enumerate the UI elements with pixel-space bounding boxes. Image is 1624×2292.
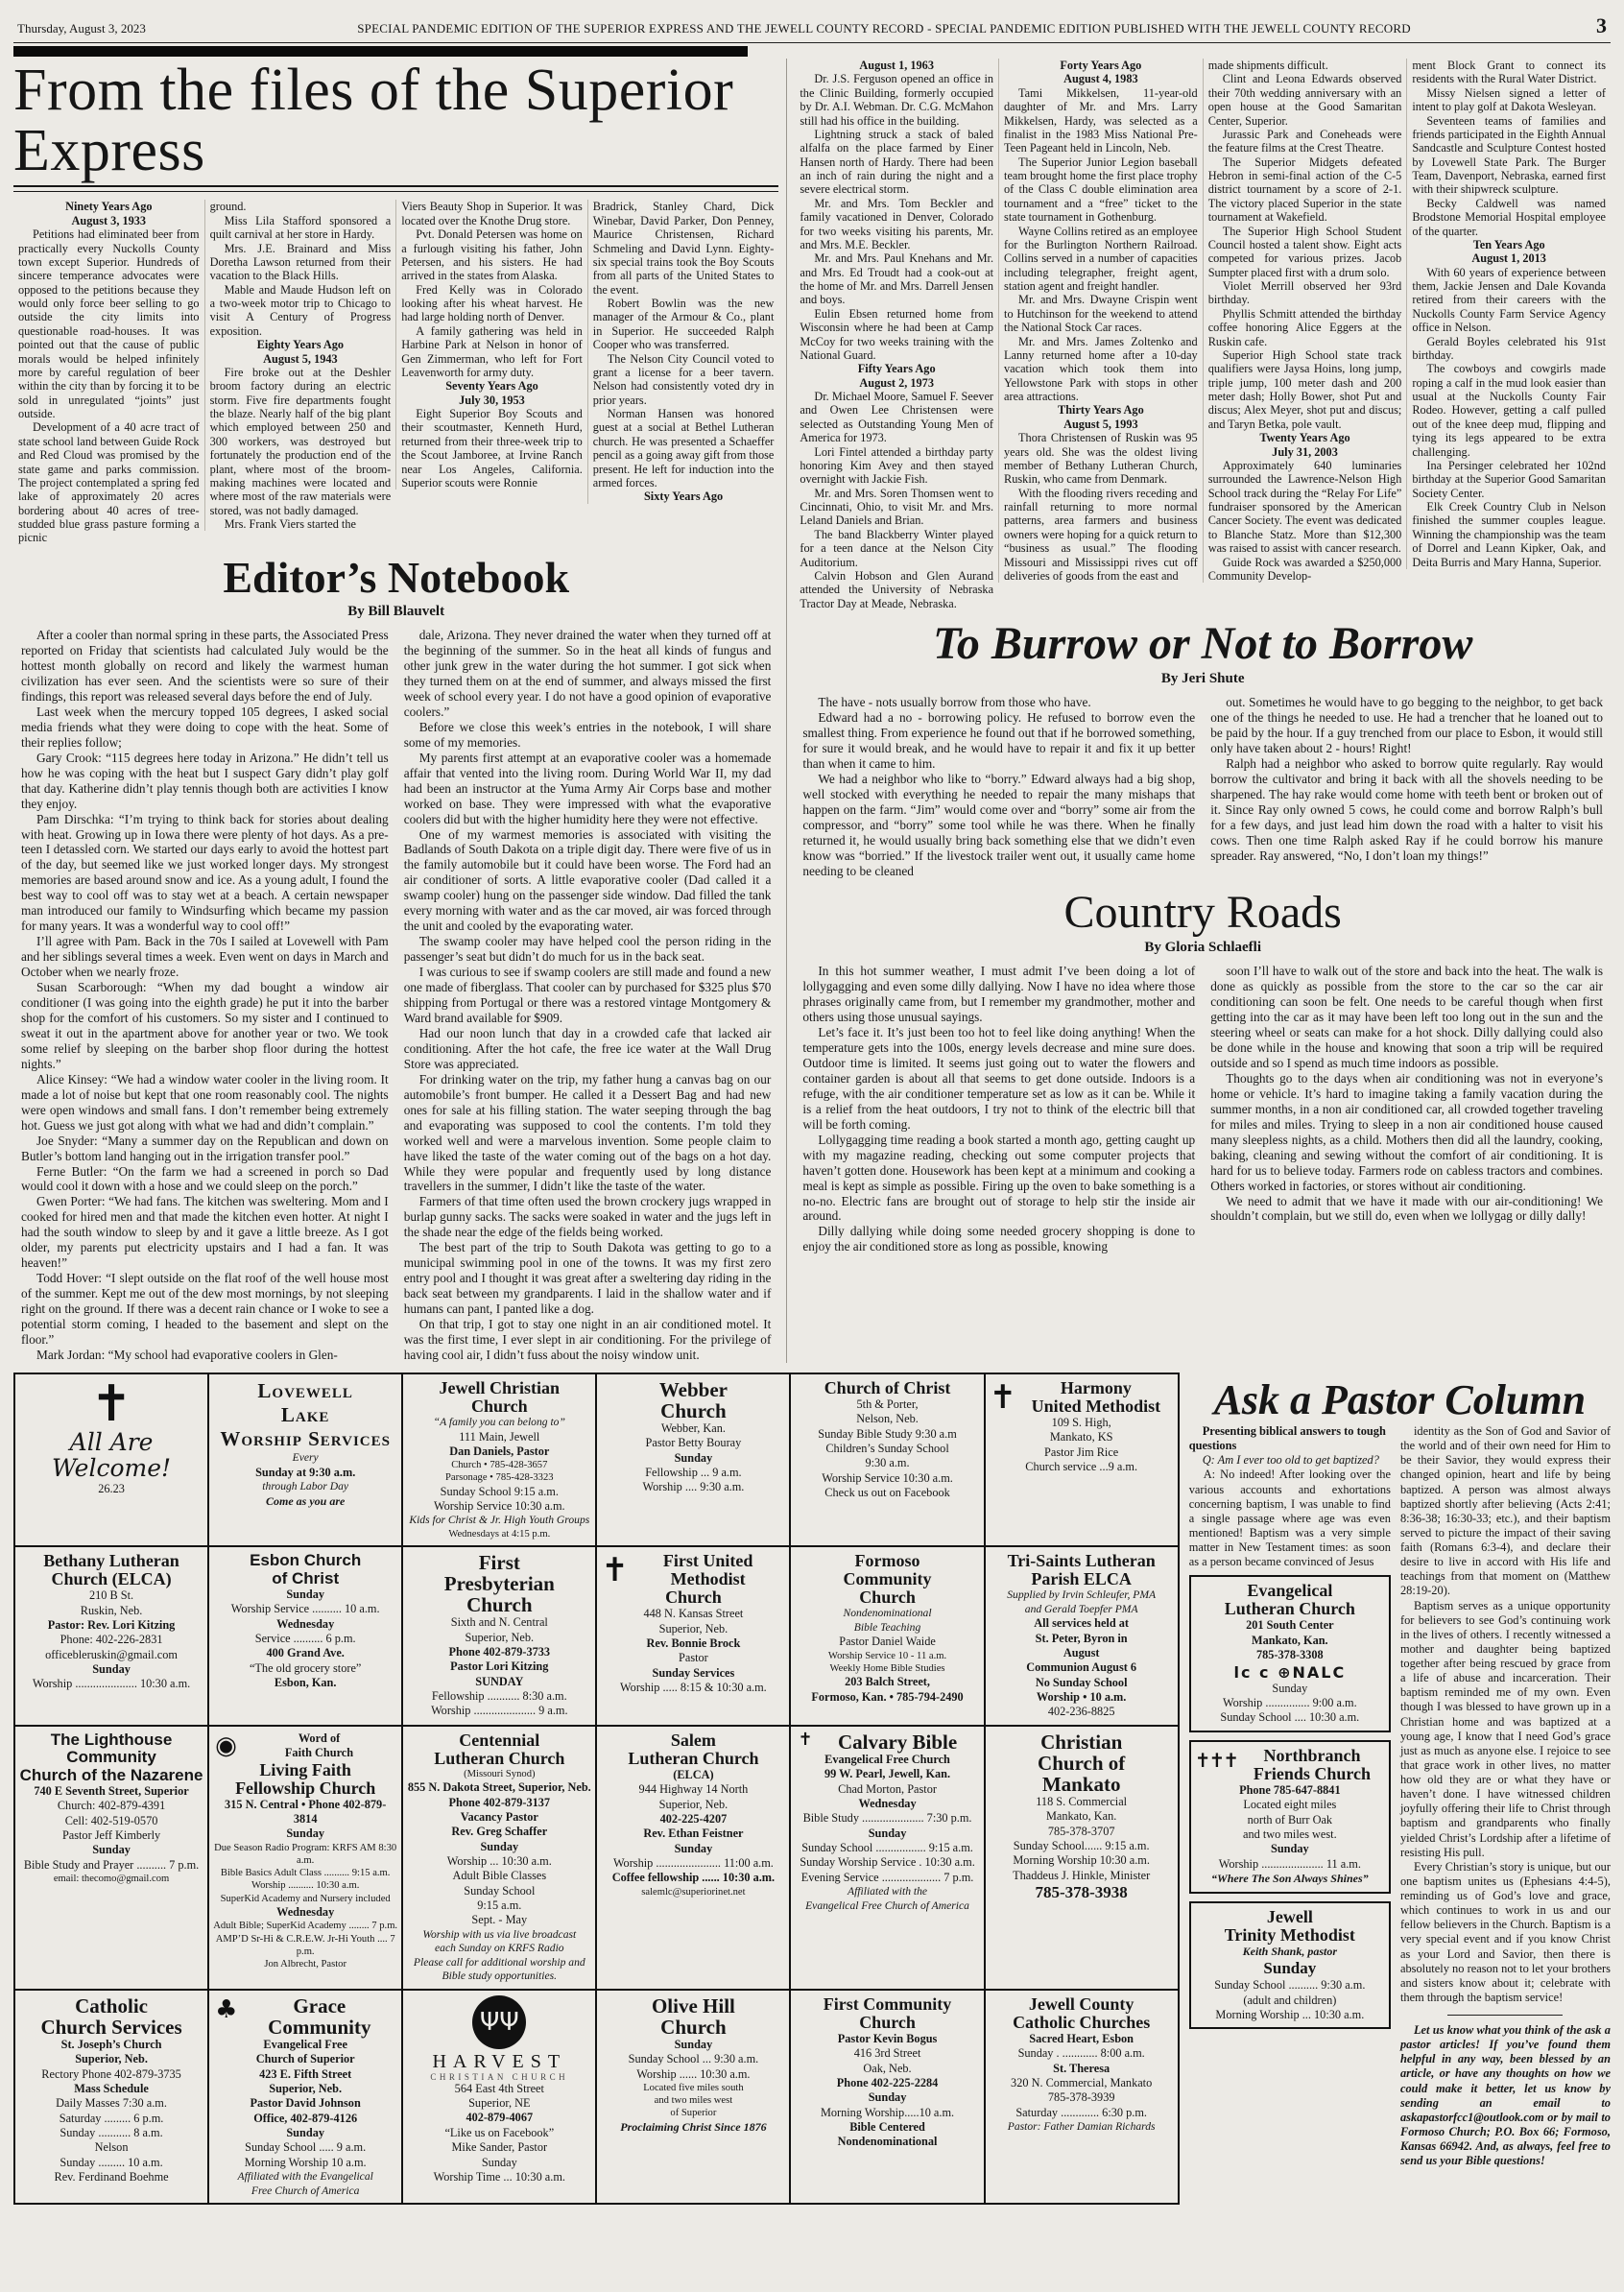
ad-line: Presbyterian xyxy=(407,1573,591,1594)
formoso-community-church-ad: FormosoCommunityChurchNondenominationalB… xyxy=(791,1547,983,1725)
ad-line: All Are Welcome! xyxy=(19,1429,203,1482)
ad-line: Vacancy Pastor xyxy=(407,1810,591,1825)
text-line: Superior High School state track qualifi… xyxy=(1208,348,1402,431)
ad-line: Superior, NE xyxy=(407,2096,591,2111)
ad-line: St. Theresa xyxy=(990,2062,1174,2076)
ad-line: Worship Service .......... 10 a.m. xyxy=(213,1602,397,1616)
burrow-section: To Burrow or Not to Borrow By Jeri Shute xyxy=(795,620,1611,687)
headline-rule xyxy=(13,185,778,192)
ad-line: Church xyxy=(795,2014,979,2032)
umc-cross-flame-icon: ✝ xyxy=(990,1381,1017,1414)
ad-line: Sunday xyxy=(19,1662,203,1677)
ad-line: 416 3rd Street xyxy=(795,2046,979,2061)
paragraph: For drinking water on the trip, my fathe… xyxy=(404,1072,772,1195)
ad-line: Sunday xyxy=(601,1842,785,1856)
subhead: Thirty Years Ago xyxy=(1004,403,1198,417)
esbon-church-of-christ-ad: Esbon Churchof ChristSundayWorship Servi… xyxy=(209,1547,401,1725)
files-column-6: Forty Years AgoAugust 4, 1983Tami Mikkel… xyxy=(998,59,1203,583)
ad-line: Sunday xyxy=(1195,1682,1385,1696)
ask-a-pastor-intro: Presenting biblical answers to tough que… xyxy=(1189,1424,1391,1569)
centennial-lutheran-church-ad: CentennialLutheran Church(Missouri Synod… xyxy=(403,1727,595,1989)
ad-line: Nelson, Neb. xyxy=(795,1412,979,1426)
ad-line: Phone 402-879-3733 xyxy=(407,1645,591,1659)
ad-line: Mass Schedule xyxy=(19,2082,203,2096)
ad-line: Sunday School .......... 9:30 a.m. xyxy=(1195,1978,1385,1993)
ad-line: Church xyxy=(407,1397,591,1416)
jewell-county-catholic-ad: Jewell CountyCatholic ChurchesSacred Hea… xyxy=(986,1991,1178,2203)
country-roads-section: Country Roads By Gloria Schlaefli xyxy=(795,889,1611,956)
text-line: Tami Mikkelsen, 11-year-old daughter of … xyxy=(1004,86,1198,155)
ad-line: Worship ..................... 9 a.m. xyxy=(407,1704,591,1718)
paragraph: The have - nots usually borrow from thos… xyxy=(802,695,1195,710)
ad-line: 5th & Porter, xyxy=(795,1397,979,1412)
text-line: ment Block Grant to connect its resident… xyxy=(1412,59,1606,86)
text-line: Norman Hansen was honored guest at a soc… xyxy=(593,407,775,489)
ad-line: Wednesday xyxy=(213,1617,397,1632)
text-line: Mrs. J.E. Brainard and Miss Doretha Laws… xyxy=(210,242,392,283)
files-columns-5-8: August 1, 1963Dr. J.S. Ferguson opened a… xyxy=(795,59,1611,610)
ad-line: Sunday School 9:15 a.m. xyxy=(407,1485,591,1499)
umc-cross-flame-icon: ✝ xyxy=(601,1554,629,1587)
ad-line: Calvary Bible xyxy=(795,1731,979,1753)
subhead: August 4, 1983 xyxy=(1004,72,1198,85)
olive-hill-church-ad: Olive HillChurchSundaySunday School ... … xyxy=(597,1991,789,2203)
paragraph: Lollygagging time reading a book started… xyxy=(802,1133,1195,1225)
ad-line: Phone: 402-226-2831 xyxy=(19,1633,203,1647)
ad-line: Weekly Home Bible Studies xyxy=(795,1662,979,1675)
text-line: With the flooding rivers receding and ra… xyxy=(1004,487,1198,584)
ad-line: Church Services xyxy=(19,2017,203,2038)
ad-line: 448 N. Kansas Street xyxy=(601,1607,785,1621)
ad-line: Harmony xyxy=(990,1379,1174,1397)
ad-line: Evening Service .................... 7 p… xyxy=(795,1871,979,1885)
ad-line: Church (ELCA) xyxy=(19,1570,203,1588)
ad-line: 99 W. Pearl, Jewell, Kan. xyxy=(795,1767,979,1781)
ad-line: 785-378-3308 xyxy=(1195,1648,1385,1662)
ad-line: Communion August 6 xyxy=(990,1660,1174,1675)
ad-line: Sunday . ............ 8:00 a.m. xyxy=(990,2046,1174,2061)
ad-line: Bethany Lutheran xyxy=(19,1552,203,1570)
ad-line: Formoso, Kan. • 785-794-2490 xyxy=(795,1690,979,1705)
ad-line: Christian xyxy=(990,1731,1174,1753)
ad-line: The Lighthouse Community xyxy=(19,1731,203,1767)
ad-line: Sunday School ................. 9:15 a.m… xyxy=(795,1841,979,1855)
paragraph: On that trip, I got to stay one night in… xyxy=(404,1317,772,1363)
ad-line: Bible Teaching xyxy=(795,1621,979,1635)
ad-line: Jewell Christian xyxy=(407,1379,591,1397)
ad-line: Saturday ......... 6 p.m. xyxy=(19,2112,203,2126)
subhead: August 5, 1993 xyxy=(1004,418,1198,431)
paragraph: Dilly dallying while doing some needed g… xyxy=(802,1224,1195,1254)
wheat-icon: ΨΨ xyxy=(472,1995,526,2049)
ad-line: Worship Service 10:30 a.m. xyxy=(407,1499,591,1514)
tri-saints-lutheran-parish-ad: Tri-Saints LutheranParish ELCASupplied b… xyxy=(986,1547,1178,1725)
files-section-headline: From the files of the Superior Express xyxy=(13,60,778,181)
ad-line: Bible study opportunities. xyxy=(407,1970,591,1983)
ad-line: Morning Worship.....10 a.m. xyxy=(795,2106,979,2120)
ad-line: 402-236-8825 xyxy=(990,1705,1174,1719)
ad-line: Lovewell xyxy=(213,1379,397,1403)
masthead-edition-line: SPECIAL PANDEMIC EDITION OF THE SUPERIOR… xyxy=(219,21,1549,36)
paragraph: One of my warmest memories is associated… xyxy=(404,827,772,935)
ask-a-pastor-side-ads: EvangelicalLutheran Church201 South Cent… xyxy=(1189,1575,1391,2029)
paragraph: Baptism serves as a unique opportunity f… xyxy=(1400,1599,1611,1860)
ad-line: (ELCA) xyxy=(601,1768,785,1782)
text-line: Development of a 40 acre tract of state … xyxy=(18,420,200,544)
ad-line: CHRISTIAN CHURCH xyxy=(407,2072,591,2082)
burrow-column-2: out. Sometimes he would have to go beggi… xyxy=(1203,695,1611,863)
subhead: Ninety Years Ago xyxy=(18,200,200,213)
ad-line: St. Joseph’s Church xyxy=(19,2038,203,2052)
ad-line: Living Faith xyxy=(213,1761,397,1779)
ad-line: Trinity Methodist xyxy=(1195,1926,1385,1945)
text-line: Dr. J.S. Ferguson opened an office in th… xyxy=(800,72,993,128)
ad-line: Pastor Jim Rice xyxy=(990,1445,1174,1460)
text-line: With 60 years of experience between them… xyxy=(1412,266,1606,335)
subhead: August 1, 2013 xyxy=(1412,251,1606,265)
paragraph: dale, Arizona. They never drained the wa… xyxy=(404,628,772,720)
ad-line: Office, 402-879-4126 xyxy=(213,2112,397,2126)
ad-line: Rev. Ethan Feistner xyxy=(601,1826,785,1841)
ad-line: Nondenominational xyxy=(795,2135,979,2149)
ad-line: Sunday Bible Study 9:30 a.m xyxy=(795,1427,979,1442)
ad-line: SuperKid Academy and Nursery included xyxy=(213,1893,397,1905)
ad-line: Church of Superior xyxy=(213,2052,397,2066)
subhead: Forty Years Ago xyxy=(1004,59,1198,72)
burrow-byline: By Jeri Shute xyxy=(795,671,1611,687)
ad-line: Church of the Nazarene xyxy=(19,1767,203,1784)
newspaper-page: Thursday, August 3, 2023 SPECIAL PANDEMI… xyxy=(0,0,1624,2292)
ad-line: 402-879-4067 xyxy=(407,2111,591,2125)
ad-line: Lake xyxy=(213,1403,397,1427)
ask-a-pastor-column-2: identity as the Son of God and Savior of… xyxy=(1396,1424,1611,2168)
ad-line: 564 East 4th Street xyxy=(407,2082,591,2096)
ad-line: Worship Service 10 - 11 a.m. xyxy=(795,1650,979,1662)
text-line: Approximately 640 luminaries surrounded … xyxy=(1208,459,1402,556)
ad-line: Phone 402-225-2284 xyxy=(795,2076,979,2090)
ad-line: Mankato, Kan. xyxy=(990,1809,1174,1824)
ad-line: Church of xyxy=(990,1753,1174,1774)
ad-line: Dan Daniels, Pastor xyxy=(407,1444,591,1459)
ad-line: St. Peter, Byron in xyxy=(990,1632,1174,1646)
lovewell-lake-ad: LovewellLakeWorship ServicesEverySunday … xyxy=(209,1374,401,1545)
ad-line: Mankato xyxy=(990,1774,1174,1795)
ad-line: Morning Worship 10 a.m. xyxy=(213,2156,397,2170)
text-line: Robert Bowlin was the new manager of the… xyxy=(593,297,775,352)
ask-a-pastor-answer: identity as the Son of God and Savior of… xyxy=(1400,1424,1611,2005)
ad-line: Sunday xyxy=(1195,1959,1385,1978)
ad-line: HARVEST xyxy=(407,2051,591,2072)
country-roads-column-1: In this hot summer weather, I must admit… xyxy=(795,964,1203,1254)
burrow-headline: To Burrow or Not to Borrow xyxy=(795,620,1611,668)
evangelical-lutheran-church-ad: EvangelicalLutheran Church201 South Cent… xyxy=(1189,1575,1391,1731)
ad-line: Evangelical Free Church of America xyxy=(795,1899,979,1913)
subhead: July 31, 2003 xyxy=(1208,445,1402,459)
ad-line: 111 Main, Jewell xyxy=(407,1430,591,1444)
ad-line: Lutheran Church xyxy=(1195,1600,1385,1618)
ad-line: Church service ...9 a.m. xyxy=(990,1460,1174,1474)
ad-line: (Missouri Synod) xyxy=(407,1768,591,1780)
ad-line: Come as you are xyxy=(213,1494,397,1510)
text-line: Fire broke out at the Deshler broom fact… xyxy=(210,366,392,517)
text-line: Violet Merrill observed her 93rd birthda… xyxy=(1208,279,1402,307)
lighthouse-nazarene-ad: The Lighthouse CommunityChurch of the Na… xyxy=(15,1727,207,1989)
text-line: Phyllis Schmitt attended the birthday co… xyxy=(1208,307,1402,348)
ad-line: 785-378-3938 xyxy=(990,1883,1174,1902)
files-column-5: August 1, 1963Dr. J.S. Ferguson opened a… xyxy=(795,59,998,610)
text-line: Guide Rock was awarded a $250,000 Commun… xyxy=(1208,556,1402,584)
ad-line: SUNDAY xyxy=(407,1675,591,1689)
ad-line: 740 E Seventh Street, Superior xyxy=(19,1784,203,1799)
christian-church-of-mankato-ad: ChristianChurch ofMankato118 S. Commerci… xyxy=(986,1727,1178,1989)
ad-line: Worship ............... 9:00 a.m. xyxy=(1195,1696,1385,1710)
paragraph: Joe Snyder: “Many a summer day on the Re… xyxy=(21,1134,389,1164)
country-roads-byline: By Gloria Schlaefli xyxy=(795,940,1611,956)
subhead: August 5, 1943 xyxy=(210,352,392,366)
ad-line: Parsonage • 785-428-3323 xyxy=(407,1471,591,1484)
text-line: Miss Lila Stafford sponsored a quilt car… xyxy=(210,214,392,242)
bottom-region: ✝All Are Welcome!26.23LovewellLakeWorshi… xyxy=(13,1373,1611,2205)
ad-line: Jewell County xyxy=(990,1995,1174,2014)
ad-line: Worship Time ... 10:30 a.m. xyxy=(407,2170,591,2185)
burrow-columns: The have - nots usually borrow from thos… xyxy=(795,695,1611,878)
efca-cross-icon: ✝ xyxy=(798,1731,812,1749)
ad-line: Sunday School ... 9:30 a.m. xyxy=(601,2052,785,2066)
first-united-methodist-church-ad: ✝First UnitedMethodistChurch448 N. Kansa… xyxy=(597,1547,789,1725)
ad-line: “The old grocery store” xyxy=(213,1661,397,1676)
catholic-church-services-ad: CatholicChurch ServicesSt. Joseph’s Chur… xyxy=(15,1991,207,2203)
text-line: The cowboys and cowgirls made roping a c… xyxy=(1412,362,1606,459)
ad-line: Pastor Daniel Waide xyxy=(795,1635,979,1649)
ad-line: north of Burr Oak xyxy=(1195,1813,1385,1827)
directory-row-2: Bethany LutheranChurch (ELCA)210 B St.Ru… xyxy=(15,1547,1178,1725)
ad-line: 109 S. High, xyxy=(990,1416,1174,1430)
webber-church-ad: WebberChurchWebber, Kan.Pastor Betty Bou… xyxy=(597,1374,789,1545)
ad-line: No Sunday School xyxy=(990,1676,1174,1690)
ad-line: Free Church of America xyxy=(213,2185,397,2198)
paragraph: Before we close this week’s entries in t… xyxy=(404,720,772,751)
text-line: Wayne Collins retired as an employee for… xyxy=(1004,225,1198,294)
ad-line: 9:30 a.m. xyxy=(795,1456,979,1470)
ad-line: Cell: 402-519-0570 xyxy=(19,1814,203,1828)
directory-row-4: CatholicChurch ServicesSt. Joseph’s Chur… xyxy=(15,1991,1178,2203)
text-line: Mr. and Mrs. Tom Beckler and family vaca… xyxy=(800,197,993,252)
ad-line: Superior, Neb. xyxy=(601,1622,785,1636)
ad-line: Evangelical Free Church xyxy=(795,1753,979,1767)
text-line: Fred Kelly was in Colorado looking after… xyxy=(401,283,583,324)
ad-line: (adult and children) xyxy=(1195,1994,1385,2008)
ad-line: Sunday ........... 8 a.m. xyxy=(19,2126,203,2140)
ad-line: and Gerald Toepfer PMA xyxy=(990,1603,1174,1616)
ad-line: Fellowship ........... 8:30 a.m. xyxy=(407,1689,591,1704)
ad-line: Pastor: Rev. Lori Kitzing xyxy=(19,1618,203,1633)
ad-line: Worship with us via live broadcast xyxy=(407,1928,591,1942)
church-of-christ-nelson-ad: Church of Christ5th & Porter,Nelson, Neb… xyxy=(791,1374,983,1545)
cross-sketch-icon: ✝ xyxy=(19,1379,203,1429)
masthead: Thursday, August 3, 2023 SPECIAL PANDEMI… xyxy=(13,8,1611,43)
ad-line: salemlc@superiorinet.net xyxy=(601,1886,785,1898)
paragraph: After a cooler than normal spring in the… xyxy=(21,628,389,704)
ad-line: Catholic xyxy=(19,1995,203,2017)
ad-line: 423 E. Fifth Street xyxy=(213,2067,397,2082)
ad-line: Bible Study ..................... 7:30 p… xyxy=(795,1811,979,1826)
ad-line: Olive Hill xyxy=(601,1995,785,2017)
ad-line: Phone 402-879-3137 xyxy=(407,1796,591,1810)
left-column-stack: From the files of the Superior Express N… xyxy=(13,59,786,1363)
ad-line: 944 Highway 14 North xyxy=(601,1782,785,1797)
ad-line: 402-225-4207 xyxy=(601,1812,785,1826)
ad-line: Sunday School...... 9:15 a.m. xyxy=(990,1839,1174,1853)
ad-line: “Where The Son Always Shines” xyxy=(1195,1872,1385,1887)
ad-line: Mankato, KS xyxy=(990,1430,1174,1444)
ad-line: Worship ..................... 10:30 a.m. xyxy=(19,1677,203,1691)
text-line: Thora Christensen of Ruskin was 95 years… xyxy=(1004,431,1198,487)
ad-line: Church xyxy=(795,1588,979,1607)
ad-line: First Community xyxy=(795,1995,979,2014)
ask-a-pastor-columns: Presenting biblical answers to tough que… xyxy=(1189,1424,1611,2168)
ad-line: Sunday xyxy=(213,2126,397,2140)
ad-line: Sunday School ..... 9 a.m. xyxy=(213,2140,397,2155)
ad-line: Parish ELCA xyxy=(990,1570,1174,1588)
ad-line: Located five miles south xyxy=(601,2082,785,2094)
ad-line: Community xyxy=(795,1570,979,1588)
text-line: Missy Nielsen signed a letter of intent … xyxy=(1412,86,1606,114)
text-line: Bradrick, Stanley Chard, Dick Winebar, D… xyxy=(593,200,775,297)
ad-line: Sunday xyxy=(213,1588,397,1602)
bethany-lutheran-church-ad: Bethany LutheranChurch (ELCA)210 B St.Ru… xyxy=(15,1547,207,1725)
text-line: The Superior High School Student Council… xyxy=(1208,225,1402,280)
text-line: Becky Caldwell was named Brodstone Memor… xyxy=(1412,197,1606,238)
paragraph: Susan Scarborough: “When my dad bought a… xyxy=(21,980,389,1072)
ad-line: Webber, Kan. xyxy=(601,1421,785,1436)
text-line: Lori Fintel attended a birthday party ho… xyxy=(800,445,993,487)
ad-line: Bible Centered xyxy=(795,2120,979,2135)
northbranch-friends-church-ad: ✝✝✝NorthbranchFriends ChurchPhone 785-64… xyxy=(1189,1740,1391,1894)
paragraph: identity as the Son of God and Savior of… xyxy=(1400,1424,1611,1599)
all-are-welcome-ad: ✝All Are Welcome!26.23 xyxy=(15,1374,207,1545)
tree-icon: ♣ xyxy=(215,1997,237,2022)
ad-line: 201 South Center xyxy=(1195,1618,1385,1633)
ad-line: First xyxy=(407,1552,591,1573)
ad-line: Rectory Phone 402-879-3735 xyxy=(19,2067,203,2082)
ad-line: Wednesdays at 4:15 p.m. xyxy=(407,1528,591,1540)
ad-line: Methodist xyxy=(601,1570,785,1588)
paragraph: In this hot summer weather, I must admit… xyxy=(802,964,1195,1025)
files-column-1: Ninety Years AgoAugust 3, 1933Petitions … xyxy=(13,200,204,544)
editors-notebook-column-1: After a cooler than normal spring in the… xyxy=(13,628,396,1363)
text-line: Lightning struck a stack of baled alfalf… xyxy=(800,128,993,197)
calvary-bible-church-ad: ✝Calvary BibleEvangelical Free Church99 … xyxy=(791,1727,983,1989)
ad-line: Faith Church xyxy=(213,1746,397,1760)
ad-line: Please call for additional worship and xyxy=(407,1956,591,1970)
paragraph: Let’s face it. It’s just been too hot to… xyxy=(802,1025,1195,1133)
subhead: August 1, 1963 xyxy=(800,59,993,72)
church-directory: ✝All Are Welcome!26.23LovewellLakeWorshi… xyxy=(13,1373,1180,2205)
ad-line: Salem xyxy=(601,1731,785,1750)
ad-line: Worship ..... 8:15 & 10:30 a.m. xyxy=(601,1681,785,1695)
ad-line: and two miles west. xyxy=(1195,1827,1385,1842)
ad-line: Daily Masses 7:30 a.m. xyxy=(19,2096,203,2111)
ad-line: Kids for Christ & Jr. High Youth Groups xyxy=(407,1514,591,1527)
ad-line: Church: 402-879-4391 xyxy=(19,1799,203,1813)
paragraph: The swamp cooler may have helped cool th… xyxy=(404,934,772,965)
ad-line: Word of xyxy=(213,1731,397,1746)
text-line: made shipments difficult. xyxy=(1208,59,1402,72)
subhead: Ten Years Ago xyxy=(1412,238,1606,251)
ad-line: Webber xyxy=(601,1379,785,1400)
ad-line: Saturday ............. 6:30 p.m. xyxy=(990,2106,1174,2120)
ad-line: Sunday xyxy=(213,1826,397,1841)
ad-line: Rev. Bonnie Brock xyxy=(601,1636,785,1651)
text-line: Calvin Hobson and Glen Aurand attended t… xyxy=(800,569,993,610)
ad-line: Superior, Neb. xyxy=(213,2082,397,2096)
text-line: ground. xyxy=(210,200,392,213)
text-line: Seventeen teams of families and friends … xyxy=(1412,114,1606,197)
ad-line: Located eight miles xyxy=(1195,1798,1385,1812)
ad-line: Sacred Heart, Esbon xyxy=(990,2032,1174,2046)
ad-line: 9:15 a.m. xyxy=(407,1898,591,1913)
ad-line: Formoso xyxy=(795,1552,979,1570)
ad-line: Adult Bible Classes xyxy=(407,1869,591,1883)
three-crosses-icon: ✝✝✝ xyxy=(1195,1751,1237,1770)
paragraph: Thoughts go to the days when air conditi… xyxy=(1210,1071,1603,1194)
ad-line: Nondenominational xyxy=(795,1607,979,1620)
paragraph: Alice Kinsey: “We had a window water coo… xyxy=(21,1072,389,1134)
ad-line: Sunday Services xyxy=(601,1666,785,1681)
text-line: Mr. and Mrs. James Zoltenko and Lanny re… xyxy=(1004,335,1198,404)
ad-line: Morning Worship 10:30 a.m. xyxy=(990,1853,1174,1868)
paragraph: I was curious to see if swamp coolers ar… xyxy=(404,965,772,1026)
paragraph: Gary Crook: “115 degrees here today in A… xyxy=(21,751,389,812)
paragraph: out. Sometimes he would have to go beggi… xyxy=(1210,695,1603,756)
text-line: Viers Beauty Shop in Superior. It was lo… xyxy=(401,200,583,227)
country-roads-headline: Country Roads xyxy=(795,889,1611,937)
ad-line: 785-378-3707 xyxy=(990,1825,1174,1839)
ad-line: Evangelical Free xyxy=(213,2038,397,2052)
text-line: Gerald Boyles celebrated his 91st birthd… xyxy=(1412,335,1606,363)
harmony-united-methodist-ad: ✝HarmonyUnited Methodist109 S. High,Mank… xyxy=(986,1374,1178,1545)
ad-line: Pastor Betty Bouray xyxy=(601,1436,785,1450)
ad-line: Sunday xyxy=(19,1843,203,1857)
editors-notebook-headline: Editor’s Notebook xyxy=(13,555,778,601)
ad-line: Esbon, Kan. xyxy=(213,1676,397,1690)
ad-line: Wednesday xyxy=(213,1905,397,1920)
subhead: Seventy Years Ago xyxy=(401,379,583,393)
ad-line: Pastor David Johnson xyxy=(213,2096,397,2111)
ask-a-pastor-section: Ask a Pastor Column Presenting biblical … xyxy=(1180,1373,1611,2205)
files-columns-1-4: Ninety Years AgoAugust 3, 1933Petitions … xyxy=(13,200,778,544)
ad-line: Ruskin, Neb. xyxy=(19,1604,203,1618)
ad-line: Lutheran Church xyxy=(407,1750,591,1768)
ad-line: Worship .......... 10:30 a.m. xyxy=(213,1879,397,1892)
text-line: Presenting biblical answers to tough que… xyxy=(1189,1424,1391,1453)
ad-line: “A family you can belong to” xyxy=(407,1416,591,1429)
ad-line: Sunday xyxy=(795,1826,979,1841)
ad-line: Rev. Ferdinand Boehme xyxy=(19,2170,203,2185)
ad-line: Wednesday xyxy=(795,1797,979,1811)
ad-line: Church • 785-428-3657 xyxy=(407,1459,591,1471)
text-line: Eulin Ebsen returned home from Wisconsin… xyxy=(800,307,993,363)
ad-line: lc c ⊕NALC xyxy=(1195,1663,1385,1682)
paragraph: I’ll agree with Pam. Back in the 70s I s… xyxy=(21,934,389,980)
ad-line: Sunday xyxy=(601,2038,785,2052)
ad-line: Worship ..................... 11 a.m. xyxy=(1195,1857,1385,1872)
ad-line: Bible Basics Adult Class .......... 9:15… xyxy=(213,1867,397,1879)
paragraph: My parents first attempt at an evaporati… xyxy=(404,751,772,827)
text-line: Mr. and Mrs. Dwayne Crispin went to Hutc… xyxy=(1004,293,1198,334)
ad-line: 203 Balch Street, xyxy=(795,1675,979,1689)
ad-line: Sunday at 9:30 a.m. xyxy=(213,1466,397,1480)
